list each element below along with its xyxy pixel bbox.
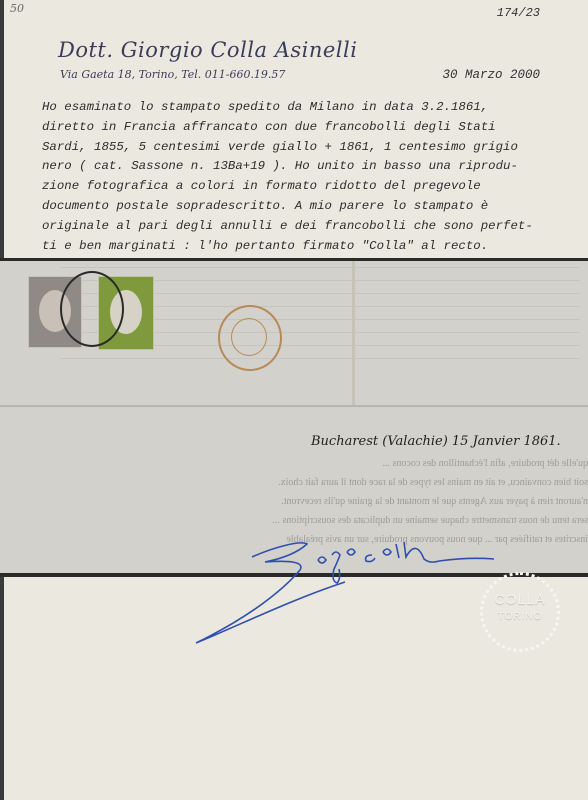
body-line: Sardi, 1855, 5 centesimi verde giallo + … xyxy=(42,138,582,158)
body-line: diretto in Francia affrancato con due fr… xyxy=(42,118,582,138)
certificate-page: 50 174/23 Dott. Giorgio Colla Asinelli V… xyxy=(0,0,588,800)
mirrored-text: qu'elle dét produire, afin l'échantillon… xyxy=(80,454,588,549)
seal-line-2: TORINO xyxy=(483,611,557,622)
body-line: ti e ben marginati : l'ho pertanto firma… xyxy=(42,237,582,257)
cover-photo: Bucharest (Valachie) 15 Janvier 1861. qu… xyxy=(0,258,588,577)
certificate-body: Ho esaminato lo stampato spedito da Mila… xyxy=(42,98,582,256)
expert-name: Dott. Giorgio Colla Asinelli xyxy=(58,38,357,62)
postmark-milano xyxy=(60,271,124,347)
embossed-seal: COLLA TORINO xyxy=(480,572,560,652)
printed-heading: Bucharest (Valachie) 15 Janvier 1861. xyxy=(311,434,561,449)
corner-note: 50 xyxy=(10,2,24,15)
body-line: documento postale sopradescritto. A mio … xyxy=(42,197,582,217)
body-line: nero ( cat. Sassone n. 13Ba+19 ). Ho uni… xyxy=(42,157,582,177)
reference-number: 174/23 xyxy=(497,6,540,20)
fold-vertical xyxy=(352,261,355,407)
body-line: Ho esaminato lo stampato spedito da Mila… xyxy=(42,98,582,118)
certificate-date: 30 Marzo 2000 xyxy=(442,68,540,82)
body-line: zione fotografica a colori in formato ri… xyxy=(42,177,582,197)
seal-line-1: COLLA xyxy=(483,591,557,607)
postmark-sardaigne xyxy=(218,305,282,371)
fold-horizontal xyxy=(0,405,588,407)
body-line: originale al pari degli annulli e dei fr… xyxy=(42,217,582,237)
expert-address: Via Gaeta 18, Torino, Tel. 011-660.19.57 xyxy=(60,68,285,81)
